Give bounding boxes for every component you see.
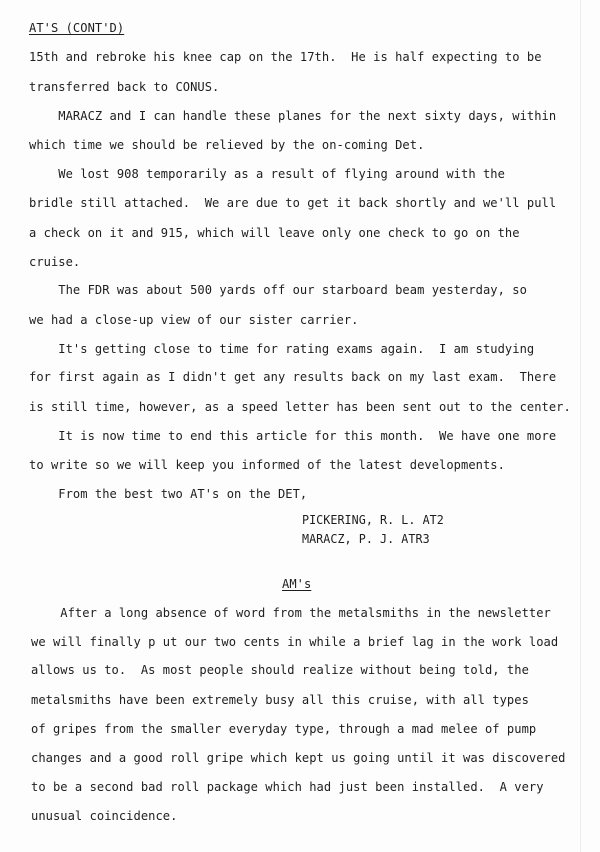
text-line: of gripes from the smaller everyday type…	[31, 721, 536, 737]
text-line: is still time, however, as a speed lette…	[29, 399, 571, 415]
text-line: We lost 908 temporarily as a result of f…	[29, 166, 505, 182]
text-line: The FDR was about 500 yards off our star…	[29, 282, 527, 298]
text-line: It is now time to end this article for t…	[29, 428, 556, 444]
text-line: to be a second bad roll package which ha…	[31, 779, 544, 795]
text-line: It's getting close to time for rating ex…	[29, 341, 534, 357]
text-line: cruise.	[29, 254, 80, 270]
text-line: to write so we will keep you informed of…	[29, 457, 505, 473]
text-line: MARACZ and I can handle these planes for…	[29, 108, 556, 124]
section-header-ams: AM's	[282, 576, 311, 592]
text-line: allows us to. As most people should real…	[31, 662, 529, 678]
text-line: transferred back to CONUS.	[29, 79, 219, 95]
text-line: unusual coincidence.	[31, 808, 177, 824]
signature-pickering: PICKERING, R. L. AT2	[302, 513, 444, 528]
text-line: we had a close-up view of our sister car…	[29, 312, 359, 328]
text-line: bridle still attached. We are due to get…	[29, 195, 556, 211]
text-line: which time we should be relieved by the …	[29, 137, 424, 153]
text-line: From the best two AT's on the DET,	[29, 486, 307, 502]
text-line: for first again as I didn't get any resu…	[29, 369, 556, 385]
section-header-ats: AT'S (CONT'D)	[29, 20, 124, 36]
text-line: a check on it and 915, which will leave …	[29, 225, 520, 241]
page-edge	[580, 0, 581, 852]
text-line: 15th and rebroke his knee cap on the 17t…	[29, 49, 542, 65]
text-line: changes and a good roll gripe which kept…	[31, 750, 566, 766]
text-line: metalsmiths have been extremely busy all…	[31, 692, 529, 708]
signature-maracz: MARACZ, P. J. ATR3	[302, 532, 430, 547]
text-line: we will finally p ut our two cents in wh…	[31, 634, 558, 650]
text-line: After a long absence of word from the me…	[31, 605, 551, 621]
